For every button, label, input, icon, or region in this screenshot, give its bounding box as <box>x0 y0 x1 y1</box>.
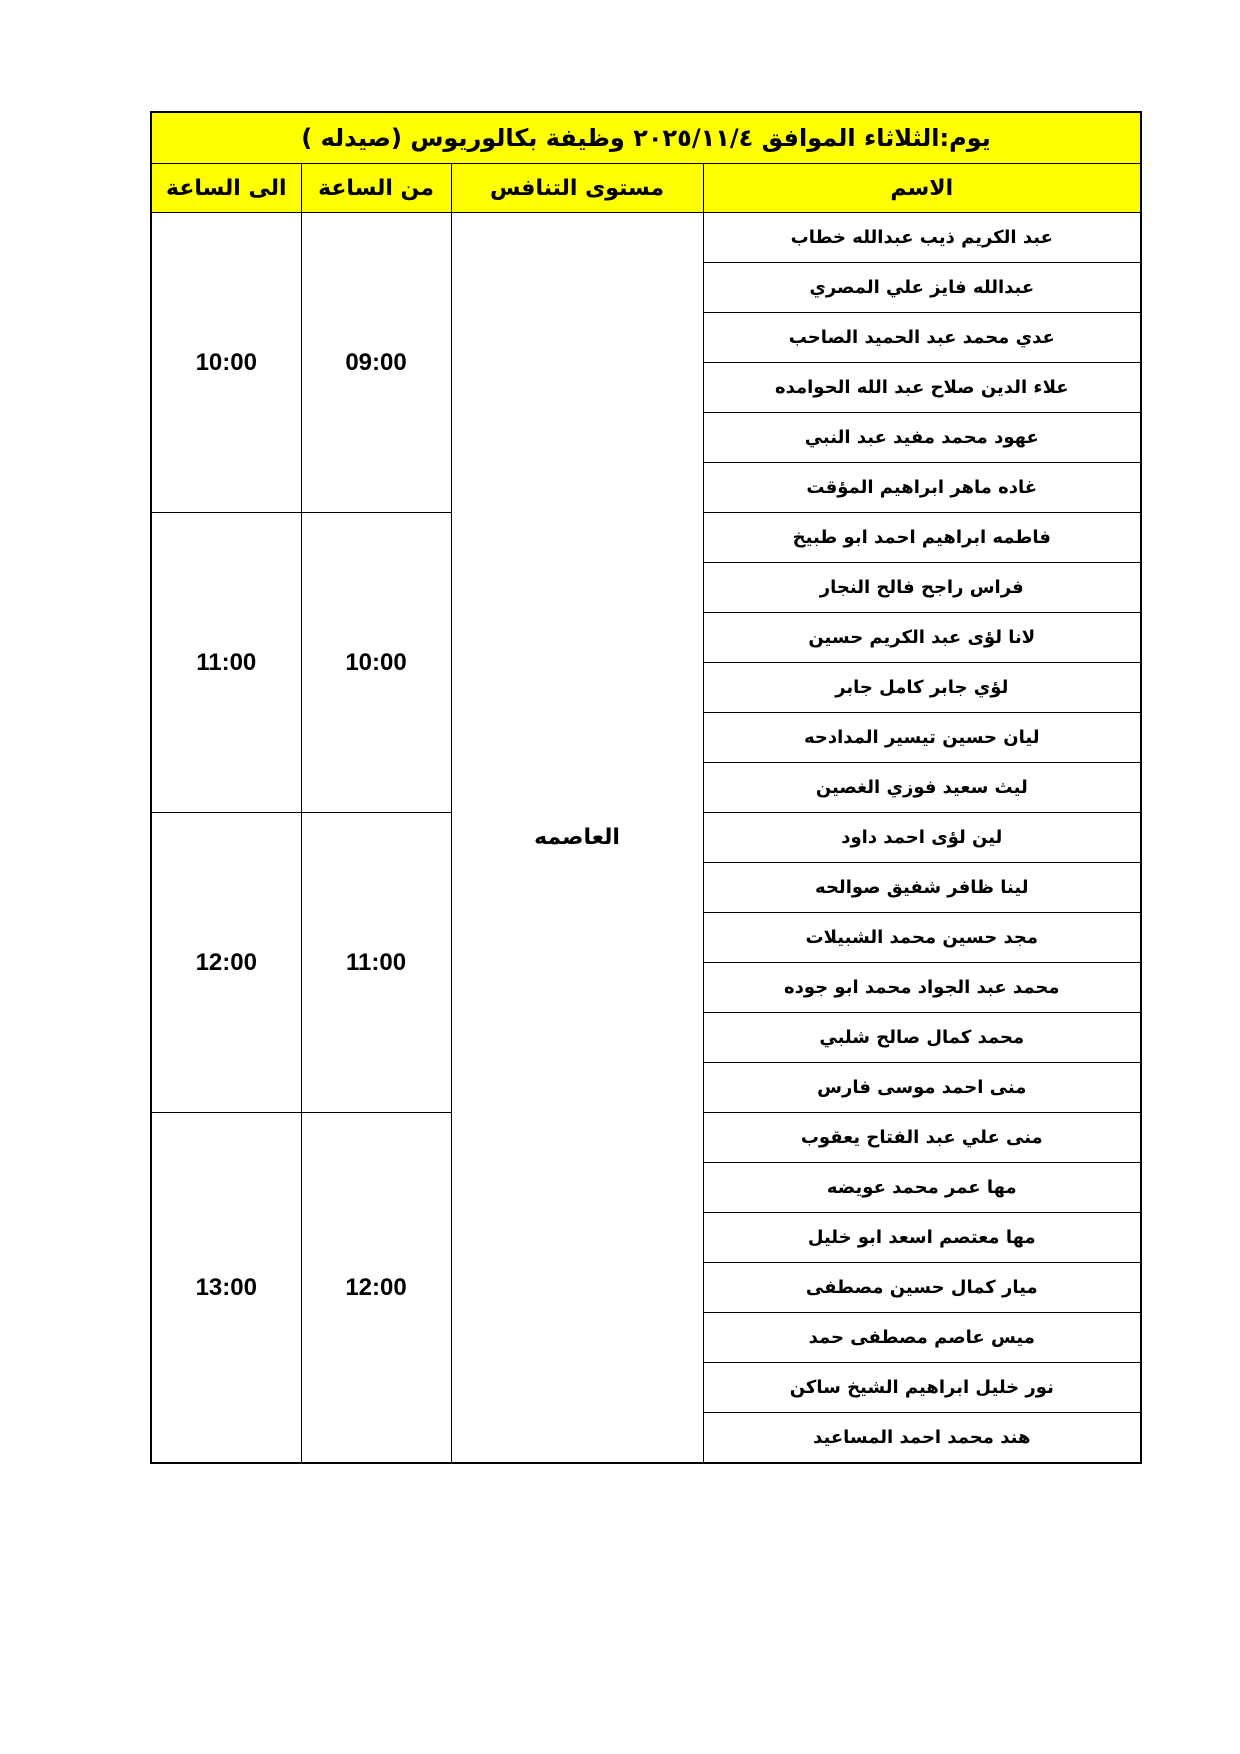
to-time: 11:00 <box>151 513 301 813</box>
candidate-name: فاطمه ابراهيم احمد ابو طبيخ <box>703 513 1141 563</box>
candidate-name: عدي محمد عبد الحميد الصاحب <box>703 313 1141 363</box>
candidate-name: غاده ماهر ابراهيم المؤقت <box>703 463 1141 513</box>
candidate-name: لين لؤى احمد داود <box>703 813 1141 863</box>
candidate-name: مها عمر محمد عويضه <box>703 1163 1141 1213</box>
to-time: 12:00 <box>151 813 301 1113</box>
from-time: 11:00 <box>301 813 451 1113</box>
header-row: الاسم مستوى التنافس من الساعة الى الساعة <box>151 164 1141 213</box>
schedule-sheet: يوم:الثلاثاء الموافق ٢٠٢٥/١١/٤ وظيفة بكا… <box>150 111 1140 1464</box>
header-to: الى الساعة <box>151 164 301 213</box>
candidate-name: عهود محمد مفيد عبد النبي <box>703 413 1141 463</box>
candidate-name: ميار كمال حسين مصطفى <box>703 1263 1141 1313</box>
header-level: مستوى التنافس <box>451 164 703 213</box>
candidate-name: محمد كمال صالح شلبي <box>703 1013 1141 1063</box>
candidate-name: لينا ظافر شفيق صوالحه <box>703 863 1141 913</box>
from-time: 09:00 <box>301 213 451 513</box>
candidate-name: علاء الدين صلاح عبد الله الحوامده <box>703 363 1141 413</box>
candidate-name: هند محمد احمد المساعيد <box>703 1413 1141 1464</box>
candidate-name: عبد الكريم ذيب عبدالله خطاب <box>703 213 1141 263</box>
to-time: 13:00 <box>151 1113 301 1464</box>
candidate-name: فراس راجح فالح النجار <box>703 563 1141 613</box>
from-time: 12:00 <box>301 1113 451 1464</box>
candidate-name: محمد عبد الجواد محمد ابو جوده <box>703 963 1141 1013</box>
candidate-name: نور خليل ابراهيم الشيخ ساكن <box>703 1363 1141 1413</box>
header-from: من الساعة <box>301 164 451 213</box>
to-time: 10:00 <box>151 213 301 513</box>
title-row: يوم:الثلاثاء الموافق ٢٠٢٥/١١/٤ وظيفة بكا… <box>151 112 1141 164</box>
table-row: عبد الكريم ذيب عبدالله خطابالعاصمه09:001… <box>151 213 1141 263</box>
candidate-name: عبدالله فايز علي المصري <box>703 263 1141 313</box>
schedule-table: يوم:الثلاثاء الموافق ٢٠٢٥/١١/٤ وظيفة بكا… <box>150 111 1142 1464</box>
competition-level: العاصمه <box>451 213 703 1464</box>
candidate-name: ميس عاصم مصطفى حمد <box>703 1313 1141 1363</box>
candidate-name: منى احمد موسى فارس <box>703 1063 1141 1113</box>
from-time: 10:00 <box>301 513 451 813</box>
candidate-name: لانا لؤى عبد الكريم حسين <box>703 613 1141 663</box>
header-name: الاسم <box>703 164 1141 213</box>
candidate-name: لؤي جابر كامل جابر <box>703 663 1141 713</box>
candidate-name: مجد حسين محمد الشبيلات <box>703 913 1141 963</box>
candidate-name: مها معتصم اسعد ابو خليل <box>703 1213 1141 1263</box>
candidate-name: ليان حسين تيسير المدادحه <box>703 713 1141 763</box>
candidate-name: ليث سعيد فوزي الغصين <box>703 763 1141 813</box>
candidate-name: منى علي عبد الفتاح يعقوب <box>703 1113 1141 1163</box>
page-title: يوم:الثلاثاء الموافق ٢٠٢٥/١١/٤ وظيفة بكا… <box>151 112 1141 164</box>
